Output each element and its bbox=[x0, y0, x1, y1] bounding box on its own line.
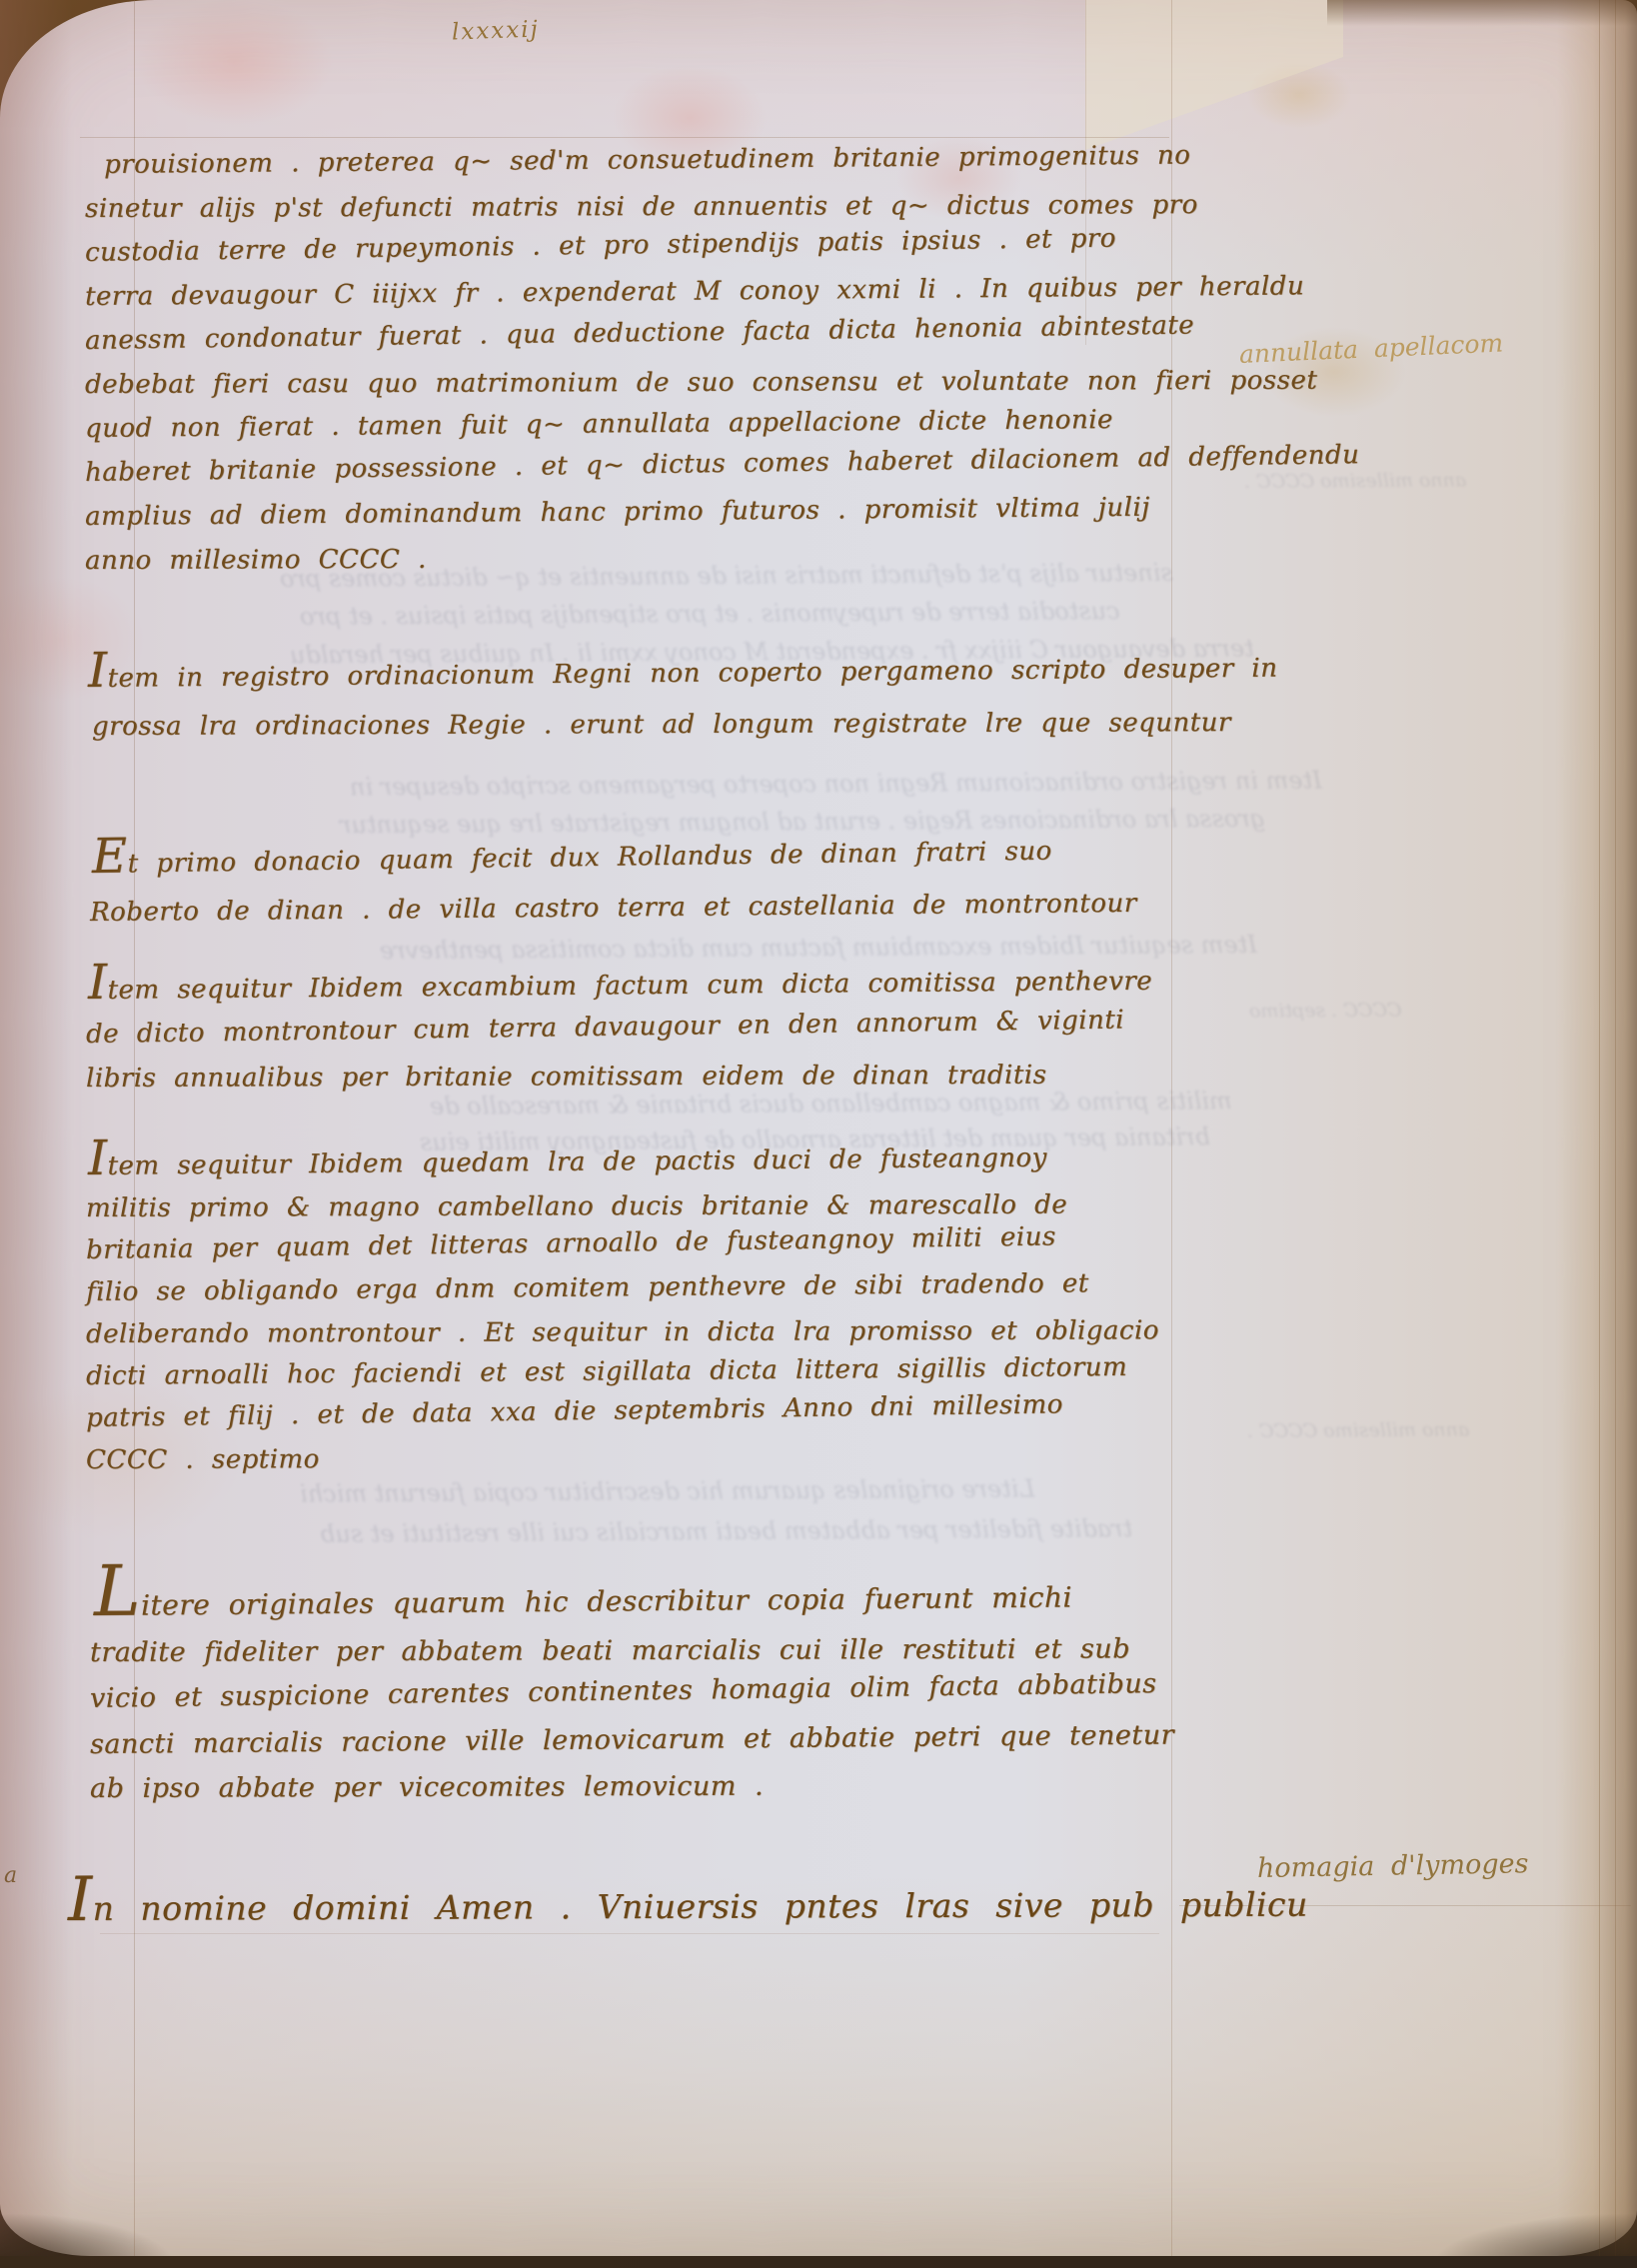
gutter-shadow bbox=[0, 0, 72, 2256]
manuscript-line: Roberto de dinan . de villa castro terra… bbox=[90, 889, 1137, 928]
manuscript-line: libris annualibus per britanie comitissa… bbox=[86, 1061, 1047, 1094]
page-edge-line bbox=[1615, 0, 1616, 2256]
manuscript-line: militis primo & magno cambellano ducis b… bbox=[86, 1190, 1067, 1223]
manuscript-line: debebat fieri casu quo matrimonium de su… bbox=[85, 366, 1317, 400]
manuscript-line: filio se obligando erga dnm comitem pent… bbox=[86, 1268, 1089, 1307]
show-through-line: grossa lra ordinaciones Regie . erunt ad… bbox=[340, 805, 1265, 839]
manuscript-line: grossa lra ordinaciones Regie . erunt ad… bbox=[92, 708, 1231, 742]
show-through-line: tradite fideliter per abbatem beati marc… bbox=[320, 1514, 1132, 1548]
manuscript-line: de dicto montrontour cum terra davaugour… bbox=[86, 1005, 1124, 1050]
manuscript-line: amplius ad diem dominandum hanc primo fu… bbox=[85, 493, 1150, 532]
baseline-rule bbox=[100, 1933, 1159, 1934]
manuscript-line: quod non fierat . tamen fuit q~ annullat… bbox=[85, 405, 1113, 444]
book-fore-edge bbox=[1557, 0, 1637, 2256]
top-ruling-line bbox=[80, 137, 1169, 138]
manuscript-line: haberet britanie possessione . et q~ dic… bbox=[85, 440, 1360, 488]
manuscript-line: britania per quam det litteras arnoallo … bbox=[86, 1221, 1056, 1265]
manuscript-line: Item sequitur Ibidem quedam lra de pacti… bbox=[88, 1143, 1047, 1181]
page-edge-line bbox=[1599, 0, 1600, 2256]
manuscript-line: ab ipso abbate per vicecomites lemovicum… bbox=[90, 1771, 764, 1804]
manuscript-line: tradite fideliter per abbatem beati marc… bbox=[90, 1633, 1130, 1668]
top-edge-shadow bbox=[1327, 0, 1637, 26]
manuscript-line: sancti marcialis racione ville lemovicar… bbox=[90, 1720, 1174, 1760]
manuscript-line: anno millesimo CCCC . bbox=[85, 545, 427, 576]
margin-letter: a bbox=[4, 1863, 17, 1888]
manuscript-line: dicti arnoalli hoc faciendi et est sigil… bbox=[86, 1352, 1127, 1391]
bottom-left-corner-shadow bbox=[0, 2196, 260, 2256]
margin-note-homagia: homagia d'lymoges bbox=[1257, 1848, 1529, 1884]
manuscript-line: Et primo donacio quam fecit dux Rollandu… bbox=[92, 837, 1052, 880]
bottom-right-corner-shadow bbox=[1317, 2196, 1637, 2256]
manuscript-photo: sinetur alijs p'st defuncti matris nisi … bbox=[0, 0, 1637, 2268]
underlying-page-edge bbox=[1085, 0, 1343, 150]
manuscript-line: Litere originales quarum hic describitur… bbox=[94, 1580, 1072, 1622]
manuscript-line: prouisionem . preterea q~ sed'm consuetu… bbox=[104, 141, 1191, 180]
manuscript-line: CCCC . septimo bbox=[86, 1444, 320, 1475]
manuscript-line: patris et filij . et de data xxa die sep… bbox=[86, 1389, 1063, 1433]
manuscript-line: vicio et suspicione carentes continentes… bbox=[90, 1668, 1157, 1714]
folio-number: lxxxxij bbox=[452, 16, 541, 45]
margin-note-annullata: annullata apellacom bbox=[1238, 328, 1503, 369]
manuscript-line: Item in registro ordinacionum Regni non … bbox=[88, 654, 1278, 694]
show-through-line: anno millesimo CCCC . bbox=[1244, 469, 1466, 493]
show-through-line: anno millesimo CCCC . bbox=[1247, 1418, 1469, 1442]
show-through-line: custodia terre de rupeymonis . et pro st… bbox=[300, 597, 1120, 631]
manuscript-line: anessm condonatur fuerat . qua deduction… bbox=[85, 311, 1194, 356]
manuscript-line: deliberando montrontour . Et sequitur in… bbox=[86, 1315, 1159, 1349]
show-through-line: Item sequitur Ibidem excambium factum cu… bbox=[380, 931, 1257, 965]
manuscript-line: custodia terre de rupeymonis . et pro st… bbox=[85, 224, 1116, 268]
manuscript-line: Item sequitur Ibidem excambium factum cu… bbox=[88, 967, 1152, 1006]
show-through-line: CCCC . septimo bbox=[1249, 999, 1402, 1022]
show-through-line: Item in registro ordinacionum Regni non … bbox=[350, 767, 1322, 802]
parchment-page: sinetur alijs p'st defuncti matris nisi … bbox=[0, 0, 1637, 2256]
show-through-line: Litere originales quarum hic describitur… bbox=[300, 1474, 1035, 1507]
manuscript-line: terra devaugour C iiijxx fr . expenderat… bbox=[85, 271, 1304, 312]
incipit-line: In nomine domini Amen . Vniuersis pntes … bbox=[68, 1885, 1308, 1928]
manuscript-line: sinetur alijs p'st defuncti matris nisi … bbox=[85, 190, 1198, 224]
